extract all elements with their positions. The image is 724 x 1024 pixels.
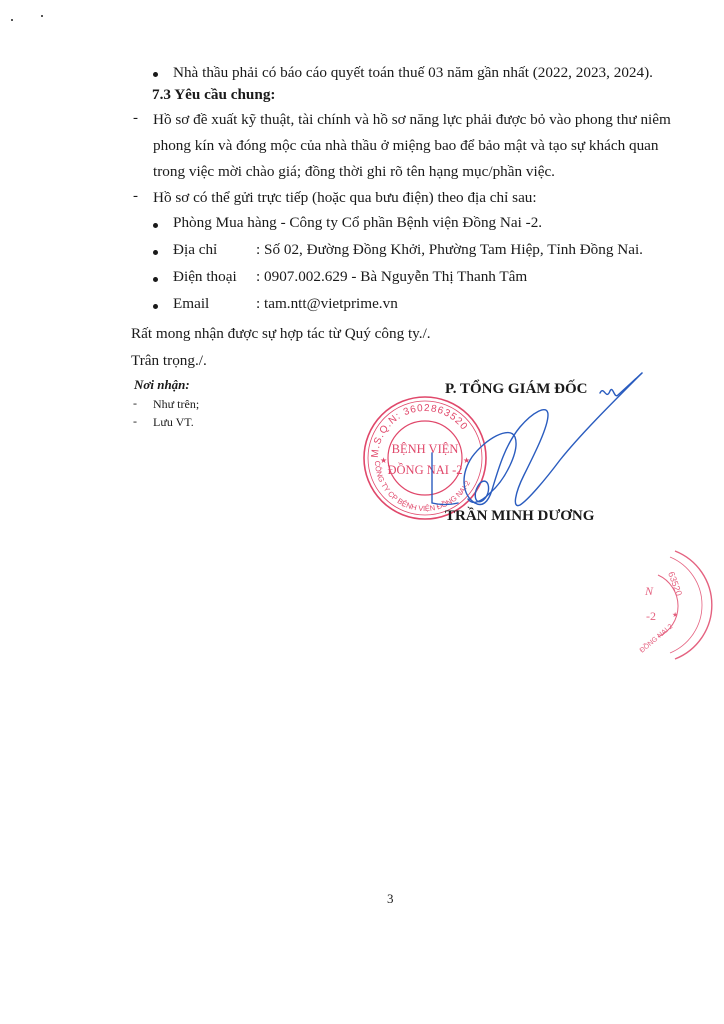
section-heading: 7.3 Yêu cầu chung:: [152, 86, 275, 104]
svg-text:63520: 63520: [666, 570, 684, 597]
signature-scribble: [420, 365, 650, 525]
svg-text:★: ★: [672, 611, 678, 619]
svg-text:ĐỒNG NAI 2: ĐỒNG NAI 2: [637, 621, 674, 655]
partial-stamp: 63520 ★ N -2 ĐỒNG NAI 2: [560, 545, 724, 665]
email-value: : tam.ntt@vietprime.vn: [256, 295, 398, 313]
dash-icon: -: [133, 414, 137, 429]
recipient-item: Như trên;: [153, 397, 199, 412]
address-value: : Số 02, Đường Đồng Khởi, Phường Tam Hiệ…: [256, 241, 643, 259]
scan-speck: [41, 15, 43, 17]
recipient-item: Lưu VT.: [153, 415, 194, 430]
phone-label: Điện thoại: [173, 268, 237, 286]
paragraph1-line2: phong kín và đóng mộc của nhà thầu ở miệ…: [153, 137, 659, 155]
dash-icon: -: [133, 396, 137, 411]
email-label: Email: [173, 295, 209, 313]
bullet-icon: [153, 72, 158, 77]
paragraph1-line3: trong việc mời chào giá; đồng thời ghi r…: [153, 163, 555, 181]
bullet-icon: [153, 277, 158, 282]
dash-icon: -: [133, 188, 138, 205]
page-number: 3: [387, 891, 394, 907]
paragraph1-line1: Hồ sơ đề xuất kỹ thuật, tài chính và hồ …: [153, 111, 671, 129]
closing-line: Rất mong nhận được sự hợp tác từ Quý côn…: [131, 325, 431, 343]
svg-text:-2: -2: [646, 609, 656, 623]
bullet-icon: [153, 223, 158, 228]
paragraph2: Hồ sơ có thể gửi trực tiếp (hoặc qua bưu…: [153, 189, 537, 207]
signatory-name: TRẦN MINH DƯƠNG: [445, 508, 594, 525]
tax-report-requirement: Nhà thầu phải có báo cáo quyết toán thuế…: [173, 64, 653, 82]
bullet-icon: [153, 304, 158, 309]
bullet-icon: [153, 250, 158, 255]
recipients-heading: Nơi nhận:: [134, 377, 190, 393]
svg-text:N: N: [644, 584, 654, 598]
regards-line: Trân trọng./.: [131, 352, 207, 370]
dash-icon: -: [133, 110, 138, 127]
address-label: Địa chỉ: [173, 241, 217, 259]
phone-value: : 0907.002.629 - Bà Nguyễn Thị Thanh Tâm: [256, 268, 527, 286]
scan-speck: [11, 19, 13, 21]
svg-text:★: ★: [380, 456, 387, 465]
contact-department: Phòng Mua hàng - Công ty Cổ phần Bệnh vi…: [173, 214, 542, 232]
